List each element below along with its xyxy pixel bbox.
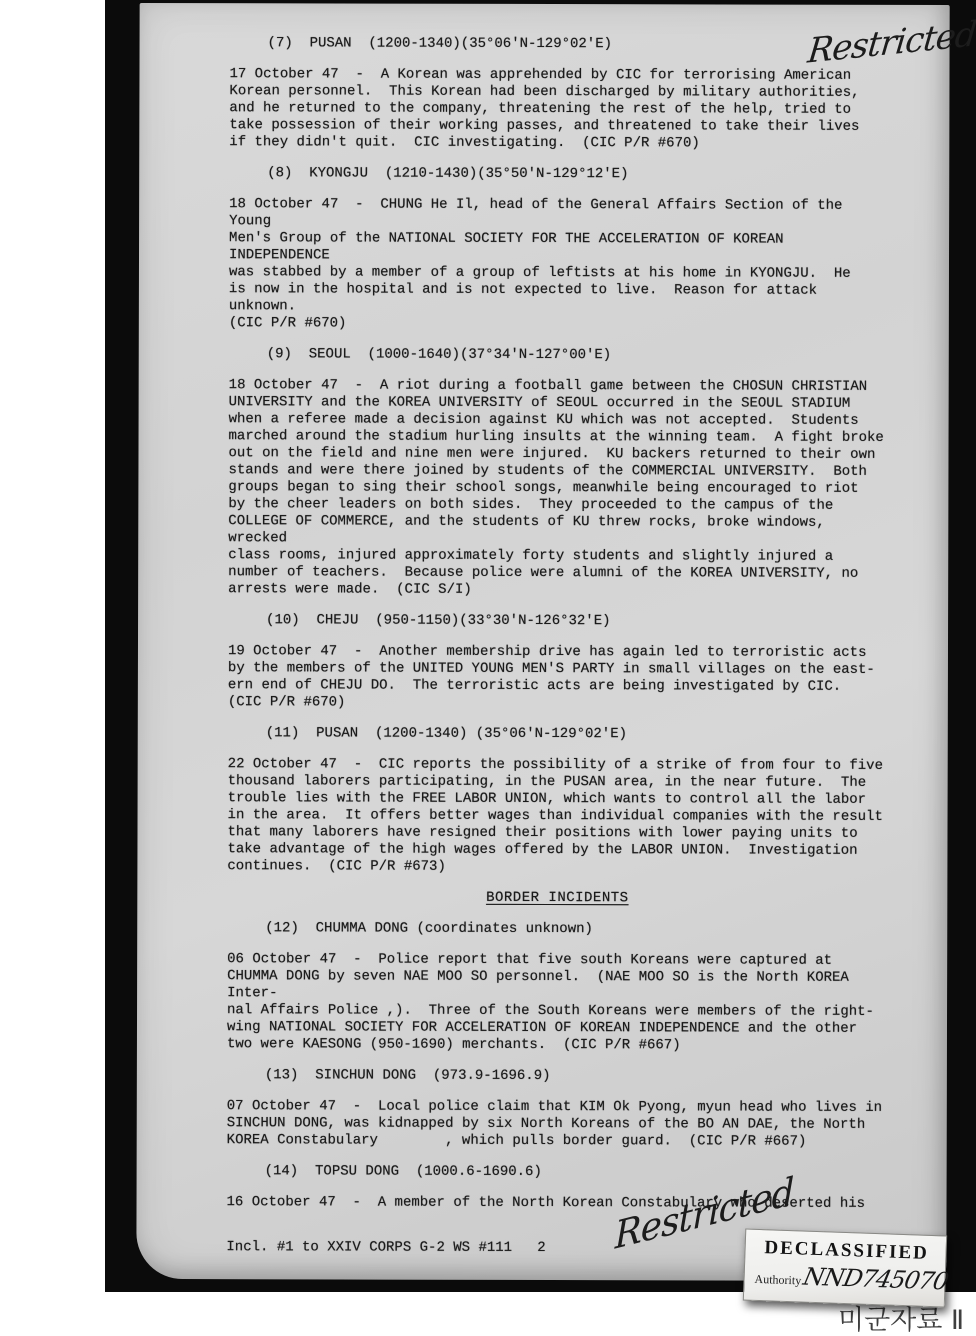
section-heading-9-seoul: (9) SEOUL (1000-1640)(37°34'N-127°00'E) — [229, 346, 889, 365]
paragraph-18-october-kyongju: 18 October 47 - CHUNG He Il, head of the… — [229, 196, 889, 334]
section-heading-8-kyongju: (8) KYONGJU (1210-1430)(35°50'N-129°12'E… — [229, 165, 889, 184]
document-page: (7) PUSAN (1200-1340)(35°06'N-129°02'E) … — [136, 3, 949, 1281]
section-heading-13-sinchun-dong: (13) SINCHUN DONG (973.9-1696.9) — [227, 1067, 887, 1086]
section-heading-12-chumma-dong: (12) CHUMMA DONG (coordinates unknown) — [227, 920, 887, 939]
paragraph-17-october-pusan: 17 October 47 - A Korean was apprehended… — [229, 66, 889, 153]
paragraph-19-october-cheju: 19 October 47 - Another membership drive… — [228, 643, 888, 713]
paragraph-06-october-chumma: 06 October 47 - Police report that five … — [227, 951, 887, 1055]
declassified-stamp-authority-number: NND745070 — [800, 1263, 950, 1296]
heading-border-incidents: BORDER INCIDENTS — [227, 889, 887, 908]
document-body: (7) PUSAN (1200-1340)(35°06'N-129°02'E) … — [136, 3, 949, 1227]
declassified-stamp-authority-label: Authority — [754, 1272, 801, 1289]
paragraph-18-october-seoul: 18 October 47 - A riot during a football… — [228, 377, 889, 600]
declassified-stamp: DECLASSIFIED Authority NND745070 — [743, 1228, 947, 1307]
section-heading-11-pusan: (11) PUSAN (1200-1340) (35°06'N-129°02'E… — [228, 725, 888, 744]
enclosure-footer-line: Incl. #1 to XXIV CORPS G-2 WS #111 2 — [226, 1239, 545, 1256]
section-heading-7-pusan: (7) PUSAN (1200-1340)(35°06'N-129°02'E) — [230, 35, 890, 54]
paragraph-22-october-pusan: 22 October 47 - CIC reports the possibil… — [227, 756, 887, 877]
section-heading-10-cheju: (10) CHEJU (950-1150)(33°30'N-126°32'E) — [228, 612, 888, 631]
paragraph-07-october-sinchun: 07 October 47 - Local police claim that … — [227, 1098, 887, 1151]
book-footer-label: 미군자료 Ⅱ — [838, 1305, 964, 1336]
